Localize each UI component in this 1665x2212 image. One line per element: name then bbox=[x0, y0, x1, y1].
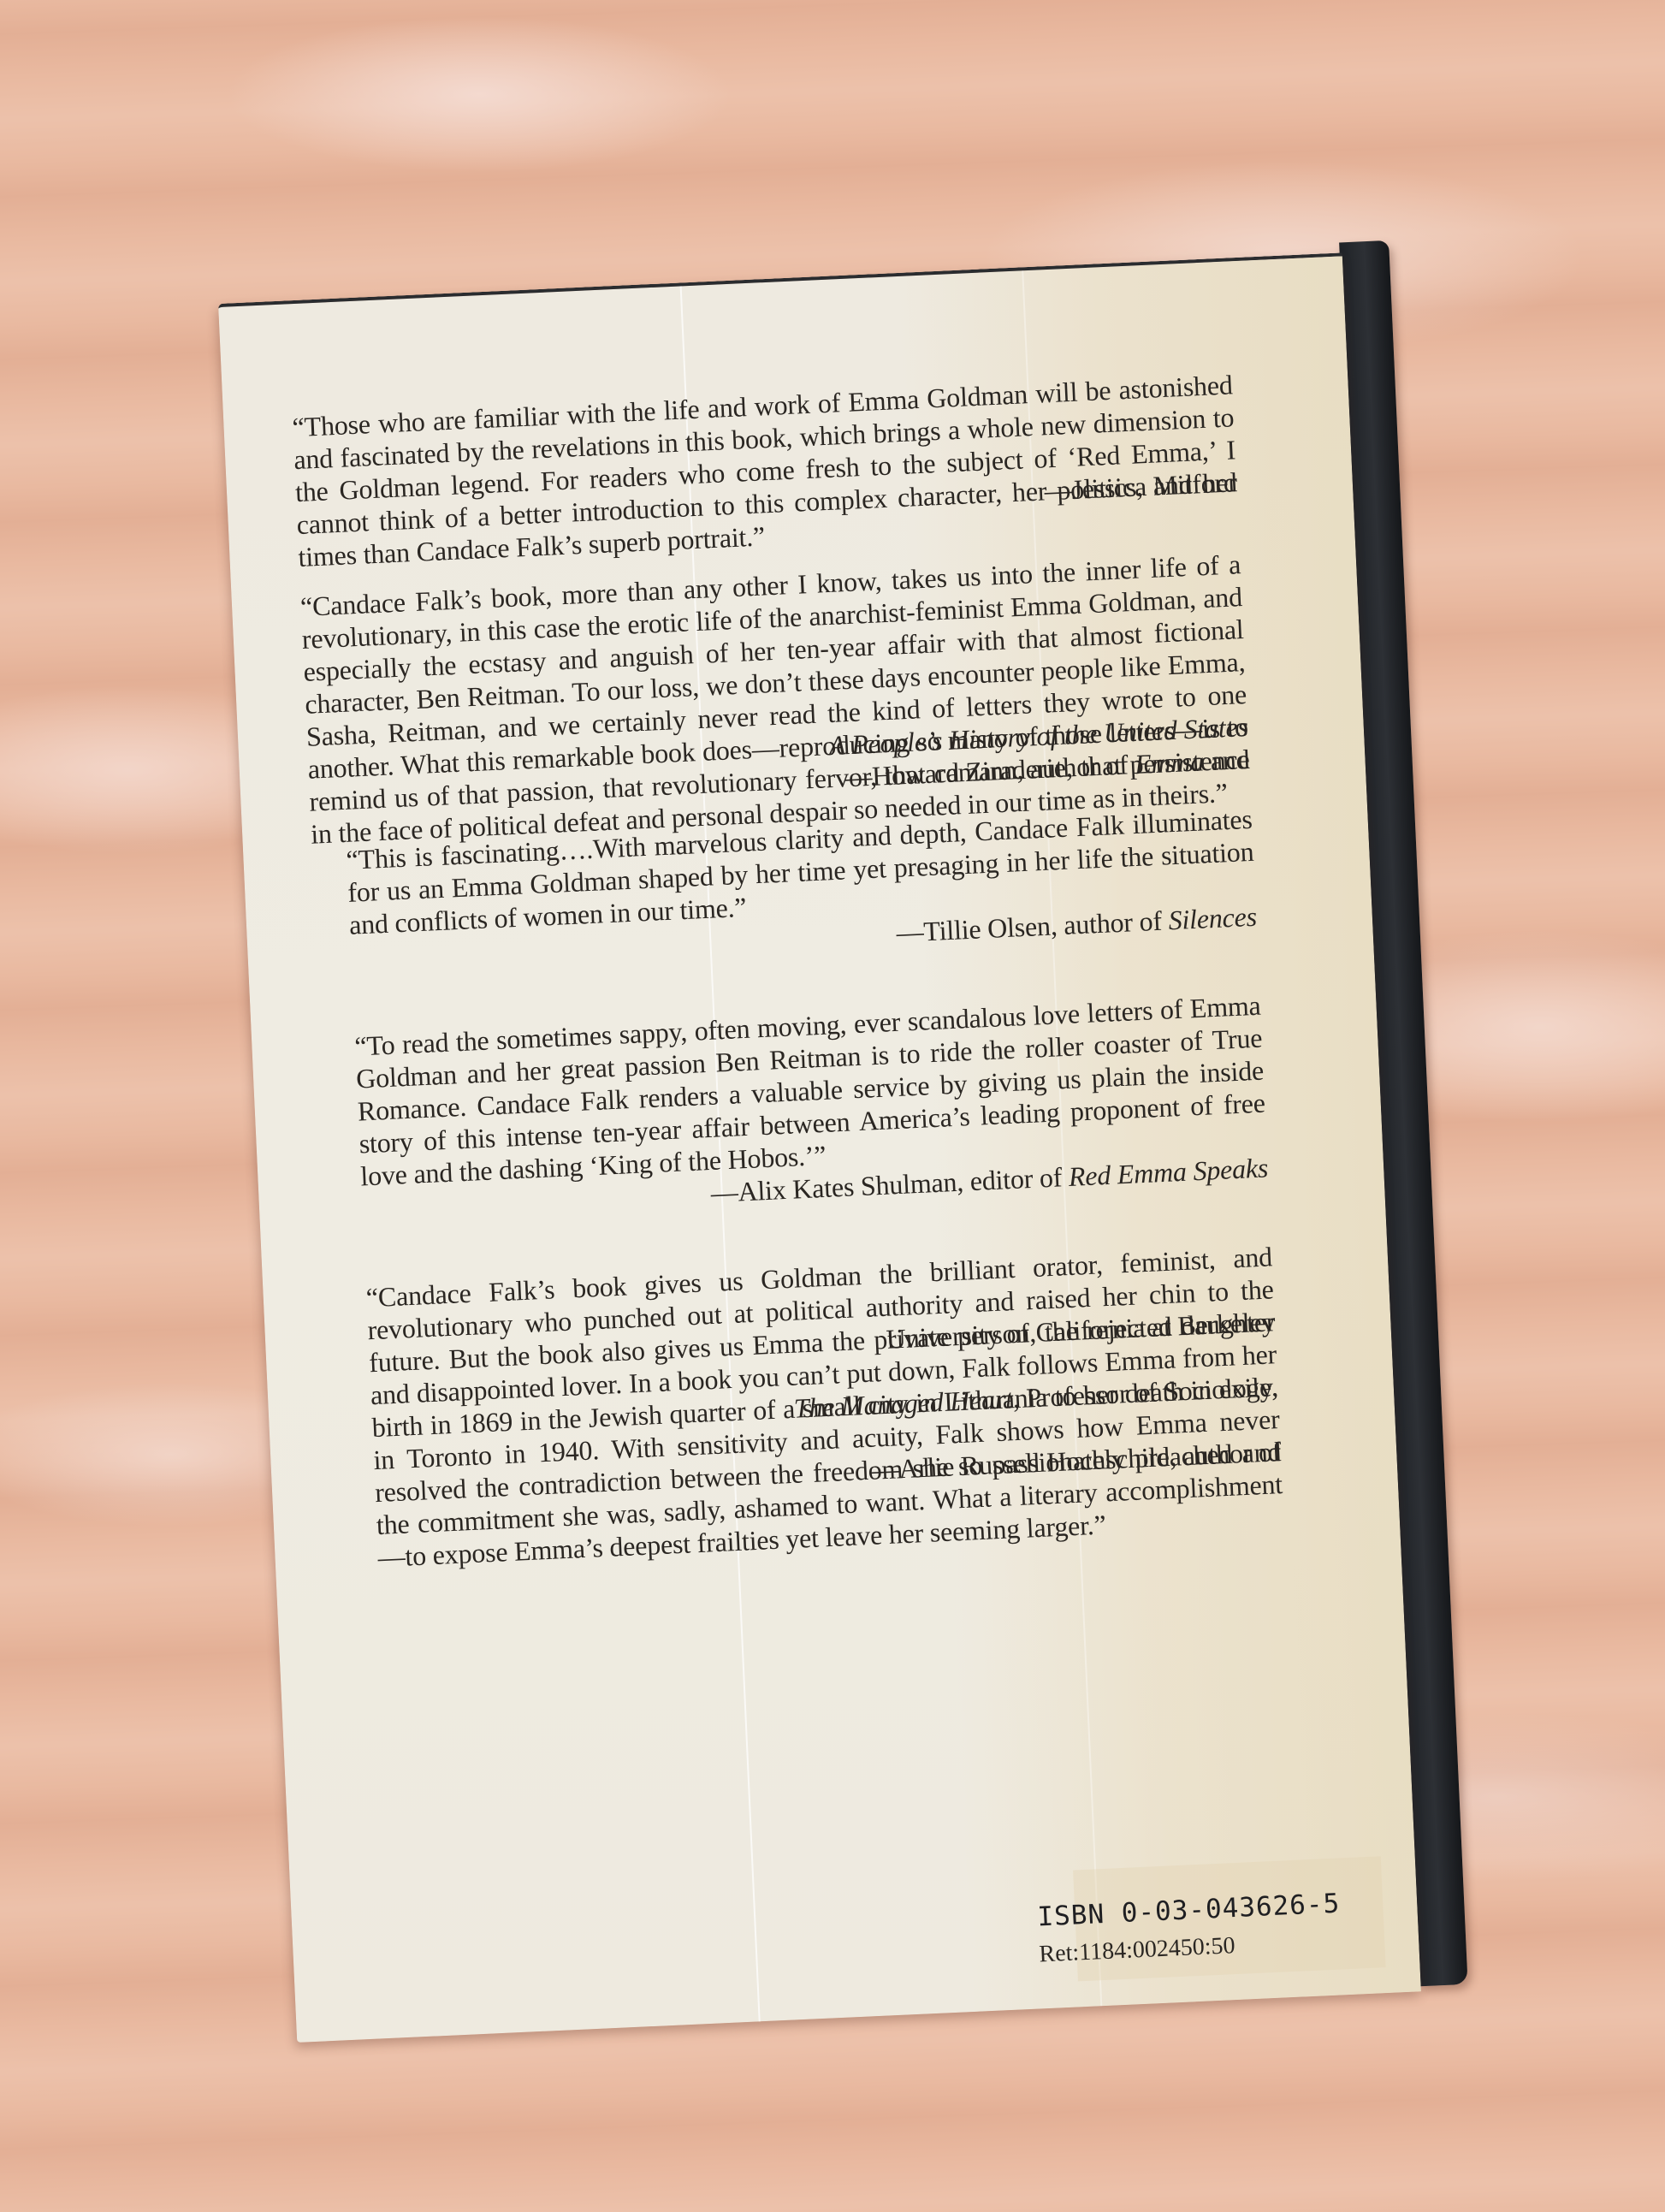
isbn-block: ISBN 0-03-043626-5 Ret:1184:002450:50 bbox=[1037, 1888, 1342, 1968]
attribution-conj: and bbox=[1203, 744, 1250, 776]
book: “Those who are familiar with the life an… bbox=[218, 251, 1468, 2039]
back-cover: “Those who are familiar with the life an… bbox=[218, 252, 1421, 2043]
attribution-work: Emma bbox=[1134, 745, 1205, 780]
blurb-zinn: “Candace Falk’s book, more than any othe… bbox=[299, 548, 1248, 786]
attribution-work: Red Emma Speaks bbox=[1068, 1152, 1269, 1192]
blurb-shulman: “To read the sometimes sappy, often movi… bbox=[320, 989, 1269, 1227]
blurb-mitford: “Those who are familiar with the life an… bbox=[292, 368, 1238, 541]
blurb-text: “Those who are familiar with the life an… bbox=[292, 368, 1239, 573]
blurb-hochschild: “Candace Falk’s book gives us Goldman th… bbox=[331, 1240, 1276, 1380]
attribution-work: Silences bbox=[1168, 901, 1258, 936]
blurbs: “Those who are familiar with the life an… bbox=[292, 368, 1276, 1380]
blurb-text: “Candace Falk’s book, more than any othe… bbox=[299, 548, 1252, 851]
